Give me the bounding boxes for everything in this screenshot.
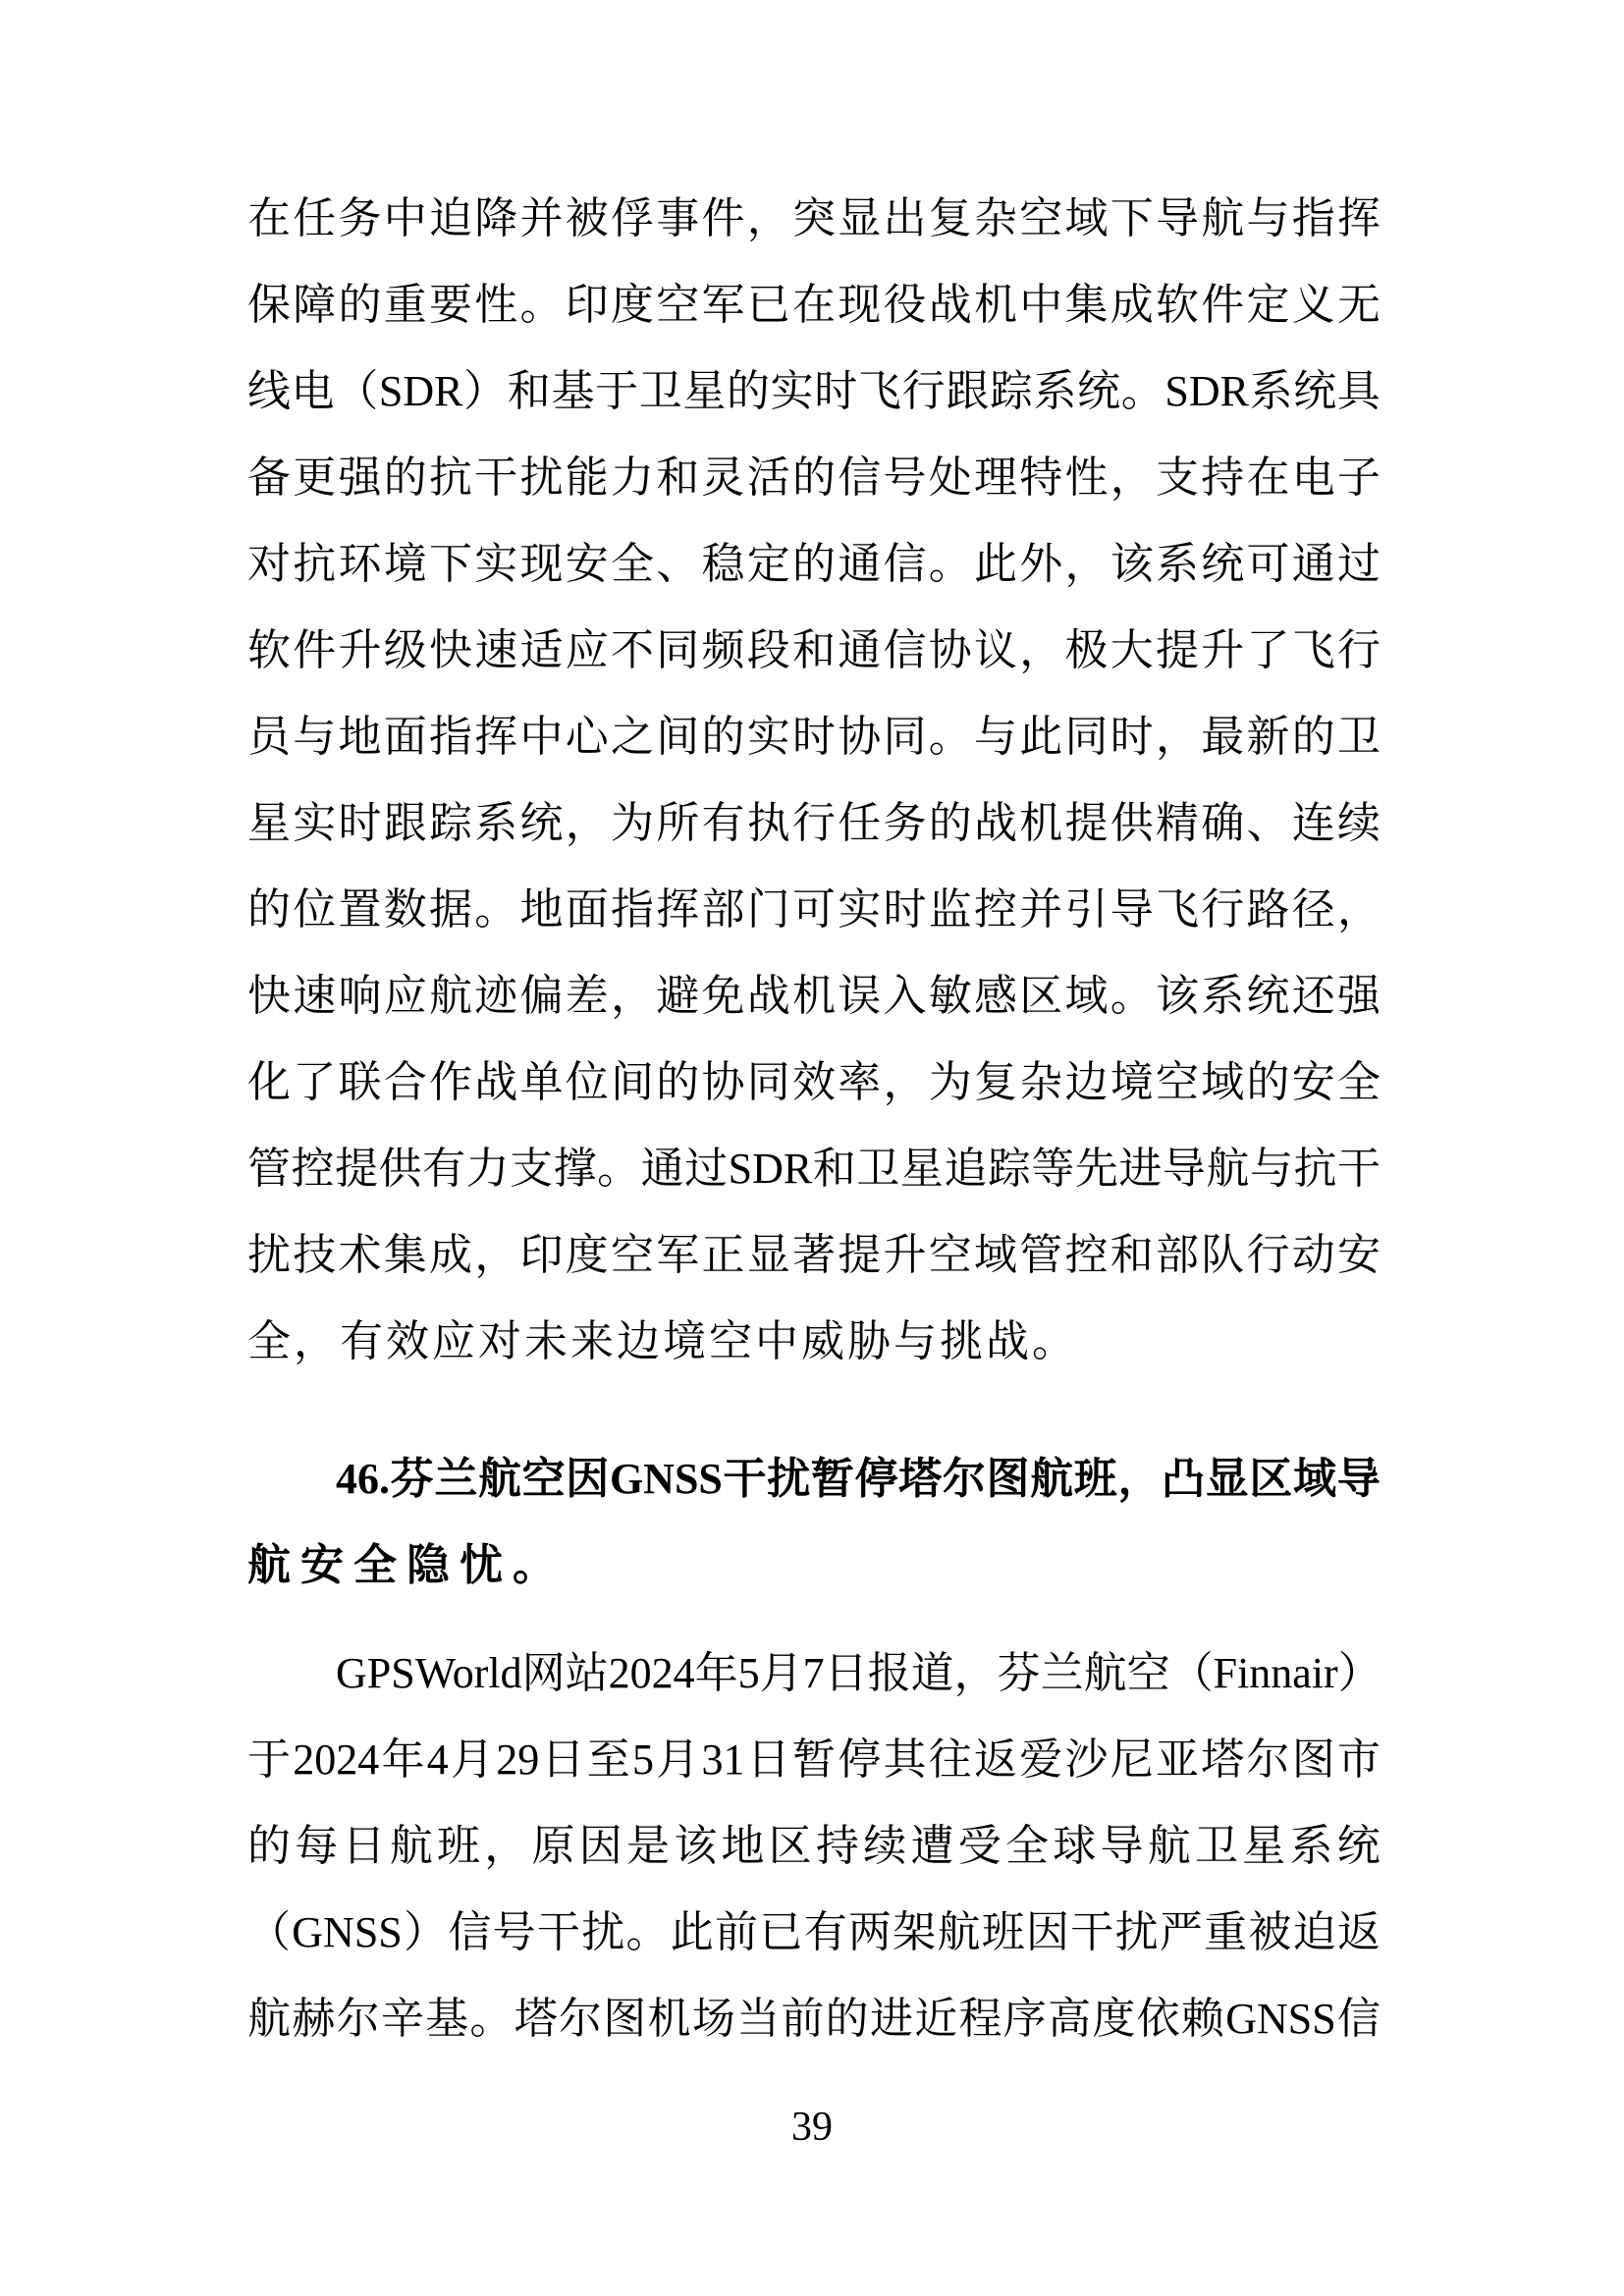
text-line: 全，有效应对未来边境空中威胁与挑战。 (247, 1299, 1380, 1385)
text-line: 员与地面指挥中心之间的实时协同。与此同时，最新的卫 (247, 694, 1380, 780)
text-line: 保障的重要性。印度空军已在现役战机中集成软件定义无 (247, 262, 1380, 348)
text-line: 对抗环境下实现安全、稳定的通信。此外，该系统可通过 (247, 521, 1380, 608)
text-line: 化了联合作战单位间的协同效率，为复杂边境空域的安全 (247, 1040, 1380, 1126)
text-line: 的每日航班，原因是该地区持续遭受全球导航卫星系统 (247, 1803, 1380, 1890)
text-line: 软件升级快速适应不同频段和通信协议，极大提升了飞行 (247, 608, 1380, 694)
document-page: 在任务中迫降并被俘事件，突显出复杂空域下导航与指挥保障的重要性。印度空军已在现役… (0, 0, 1624, 2296)
text-line: 46.芬兰航空因GNSS干扰暂停塔尔图航班，凸显区域导 (247, 1436, 1380, 1522)
text-line: 航安全隐忧。 (247, 1522, 1380, 1609)
document-content: 在任务中迫降并被俘事件，突显出复杂空域下导航与指挥保障的重要性。印度空军已在现役… (247, 176, 1380, 2062)
text-line: 星实时跟踪系统，为所有执行任务的战机提供精确、连续 (247, 780, 1380, 867)
body-paragraph-finnair-gnss: GPSWorld网站2024年5月7日报道，芬兰航空（Finnair）于2024… (247, 1630, 1380, 2062)
text-line: 于2024年4月29日至5月31日暂停其往返爱沙尼亚塔尔图市 (247, 1717, 1380, 1803)
text-line: 的位置数据。地面指挥部门可实时监控并引导飞行路径， (247, 867, 1380, 953)
text-line: 扰技术集成，印度空军正显著提升空域管控和部队行动安 (247, 1212, 1380, 1299)
text-line: 在任务中迫降并被俘事件，突显出复杂空域下导航与指挥 (247, 176, 1380, 262)
page-number: 39 (0, 2107, 1624, 2148)
section-heading-46: 46.芬兰航空因GNSS干扰暂停塔尔图航班，凸显区域导航安全隐忧。 (247, 1436, 1380, 1609)
body-paragraph-india-airforce: 在任务中迫降并被俘事件，突显出复杂空域下导航与指挥保障的重要性。印度空军已在现役… (247, 176, 1380, 1385)
text-line: GPSWorld网站2024年5月7日报道，芬兰航空（Finnair） (247, 1630, 1380, 1717)
text-line: 航赫尔辛基。塔尔图机场当前的进近程序高度依赖GNSS信 (247, 1976, 1380, 2062)
text-line: 线电（SDR）和基于卫星的实时飞行跟踪系统。SDR系统具 (247, 348, 1380, 435)
text-line: 管控提供有力支撑。通过SDR和卫星追踪等先进导航与抗干 (247, 1126, 1380, 1212)
text-line: （GNSS）信号干扰。此前已有两架航班因干扰严重被迫返 (247, 1890, 1380, 1976)
text-line: 备更强的抗干扰能力和灵活的信号处理特性，支持在电子 (247, 435, 1380, 521)
text-line: 快速响应航迹偏差，避免战机误入敏感区域。该系统还强 (247, 953, 1380, 1040)
